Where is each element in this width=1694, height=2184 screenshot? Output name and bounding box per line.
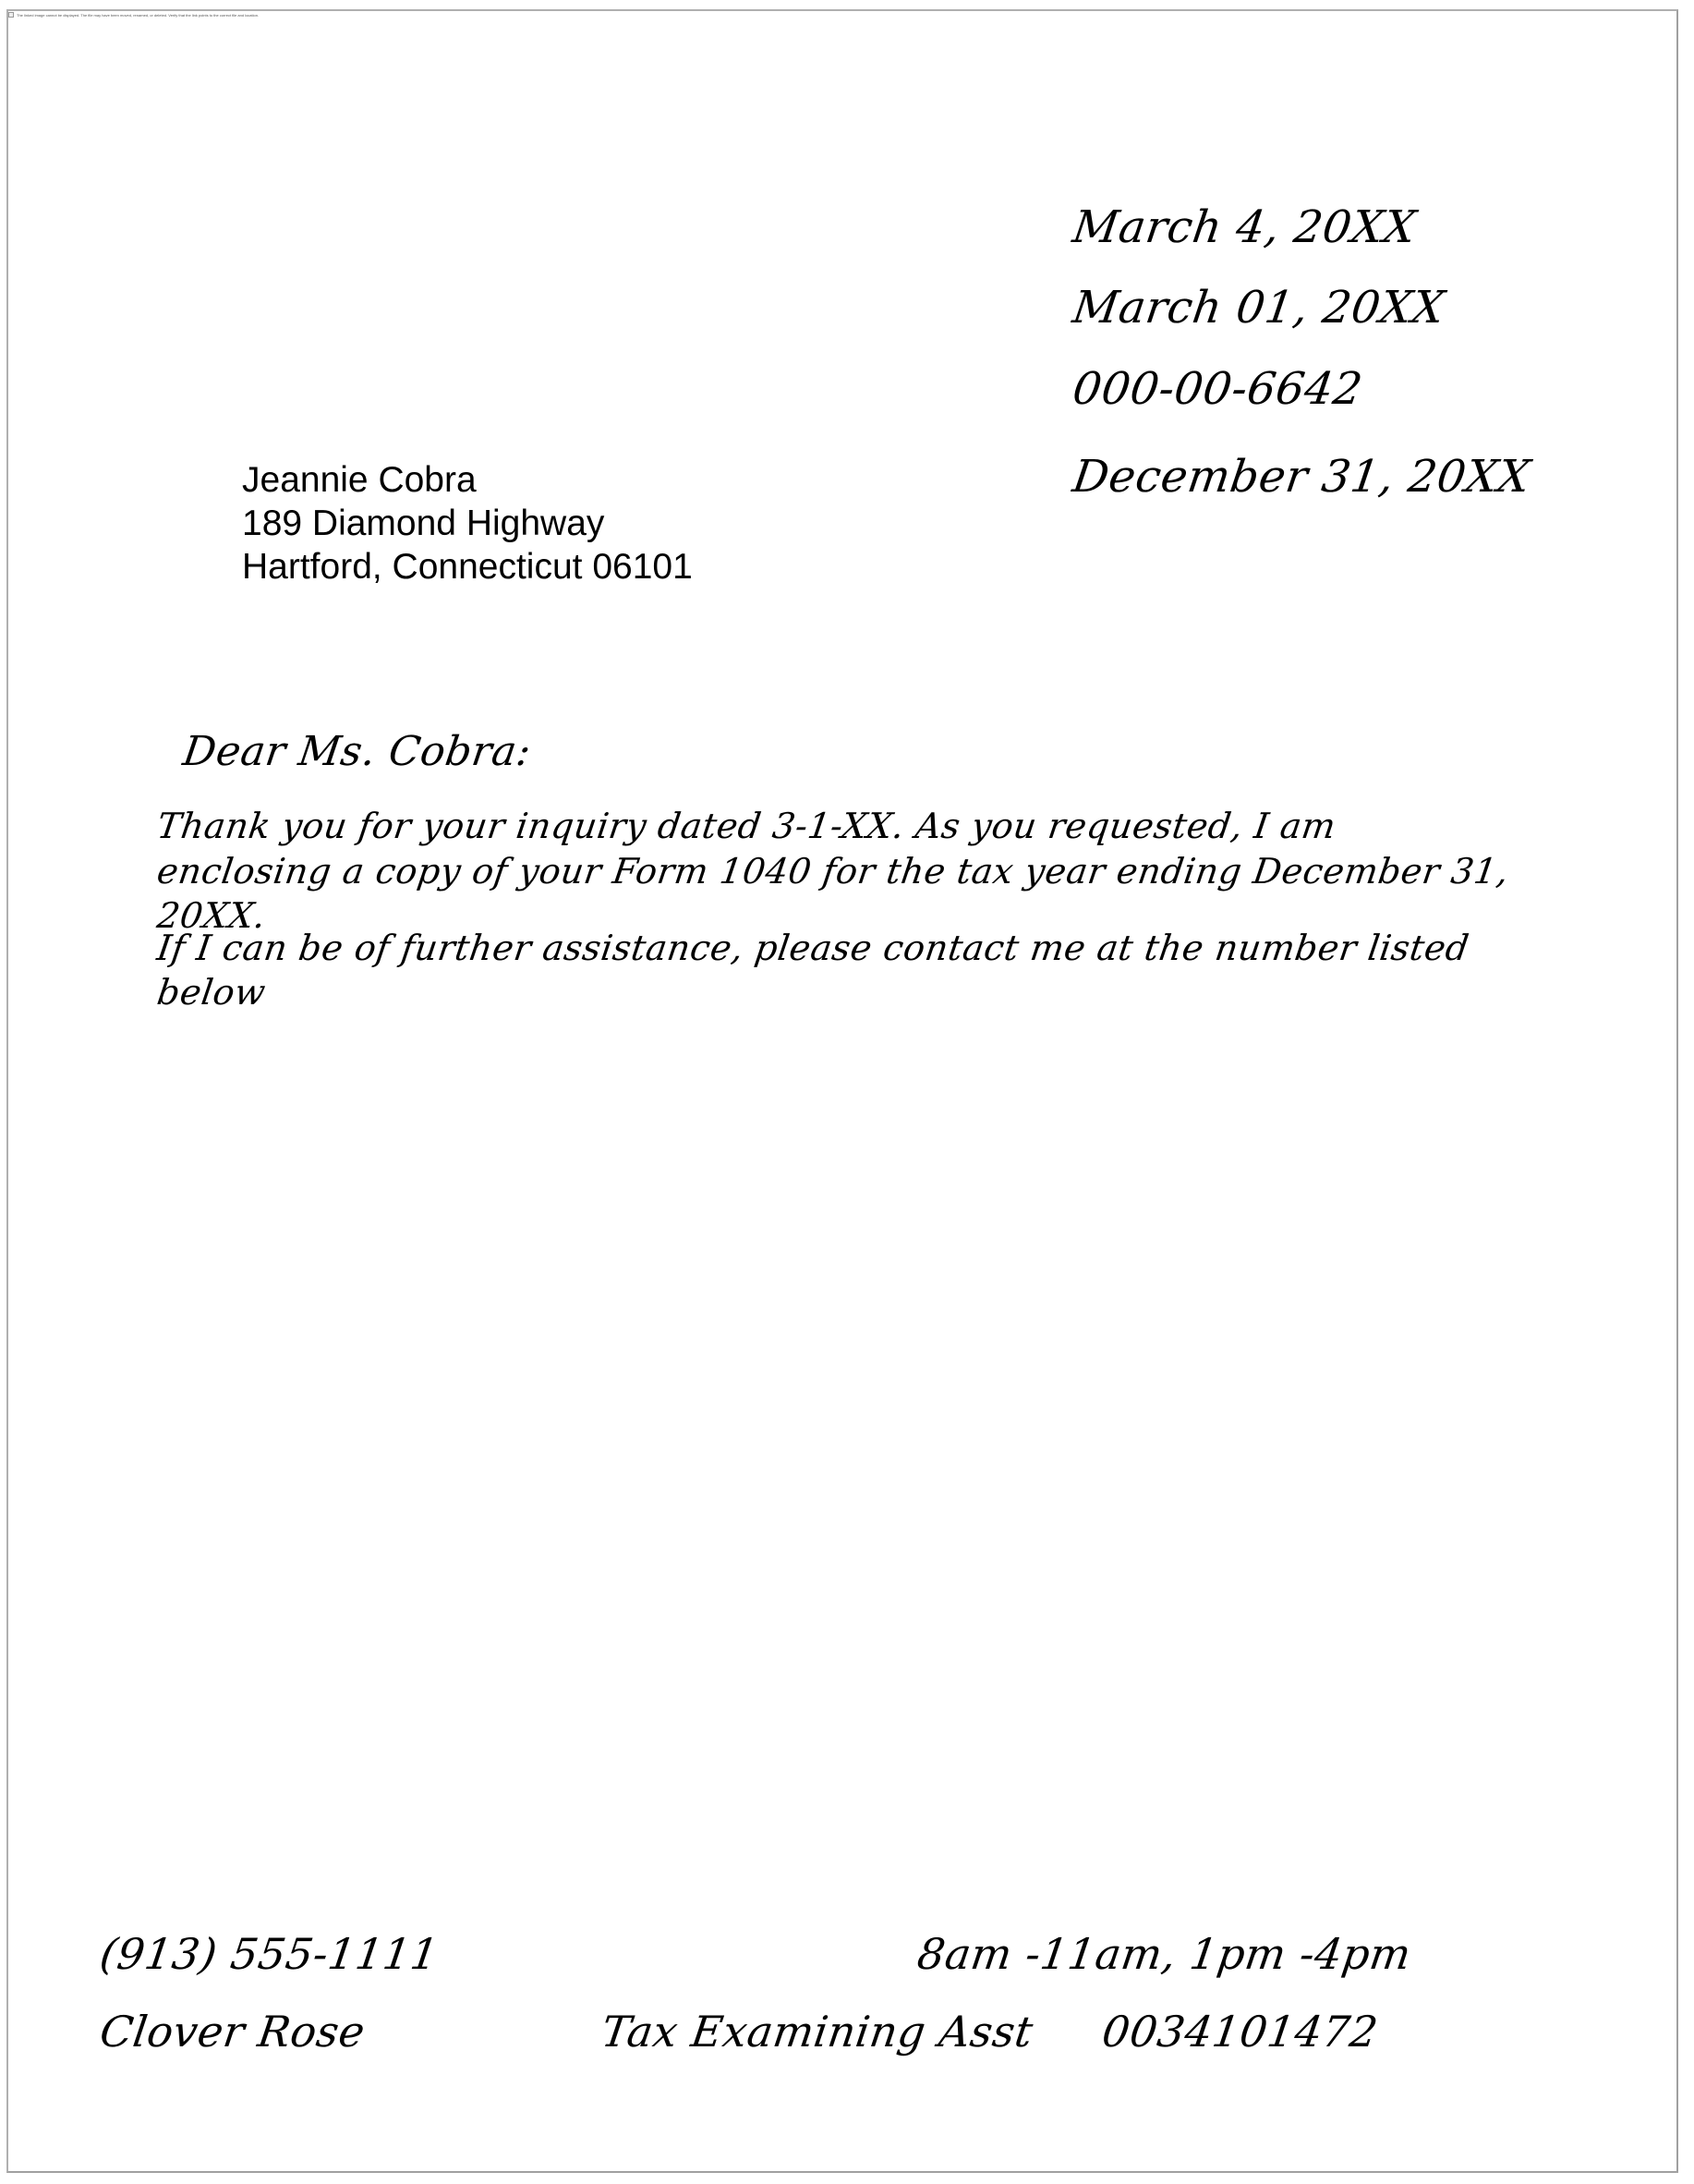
broken-image-caption: The linked image cannot be displayed. Th… [17, 13, 259, 18]
letter-page [6, 9, 1678, 2173]
broken-image-placeholder: The linked image cannot be displayed. Th… [8, 11, 259, 18]
inquiry-date: March 01, 20XX [1070, 282, 1448, 334]
body-line-1: Thank you for your inquiry dated 3-1-XX.… [154, 804, 1338, 849]
broken-image-icon [8, 12, 14, 18]
body-line-2: enclosing a copy of your Form 1040 for t… [154, 849, 1512, 894]
employee-id: 0034101472 [1099, 2007, 1381, 2057]
recipient-name: Jeannie Cobra [242, 458, 477, 502]
letter-date: March 4, 20XX [1070, 201, 1420, 253]
employee-name: Clover Rose [97, 2007, 369, 2057]
tax-period: December 31, 20XX [1070, 451, 1533, 503]
recipient-street: 189 Diamond Highway [242, 502, 604, 545]
employee-title: Tax Examining Asst [599, 2007, 1036, 2057]
contact-hours: 8am -11am, 1pm -4pm [914, 1929, 1414, 1979]
salutation: Dear Ms. Cobra: [180, 728, 534, 775]
body-line-5: below [154, 970, 269, 1015]
body-line-4: If I can be of further assistance, pleas… [154, 926, 1472, 971]
contact-phone: (913) 555-1111 [97, 1929, 442, 1979]
recipient-city-state-zip: Hartford, Connecticut 06101 [242, 545, 693, 588]
taxpayer-id: 000-00-6642 [1070, 363, 1366, 415]
